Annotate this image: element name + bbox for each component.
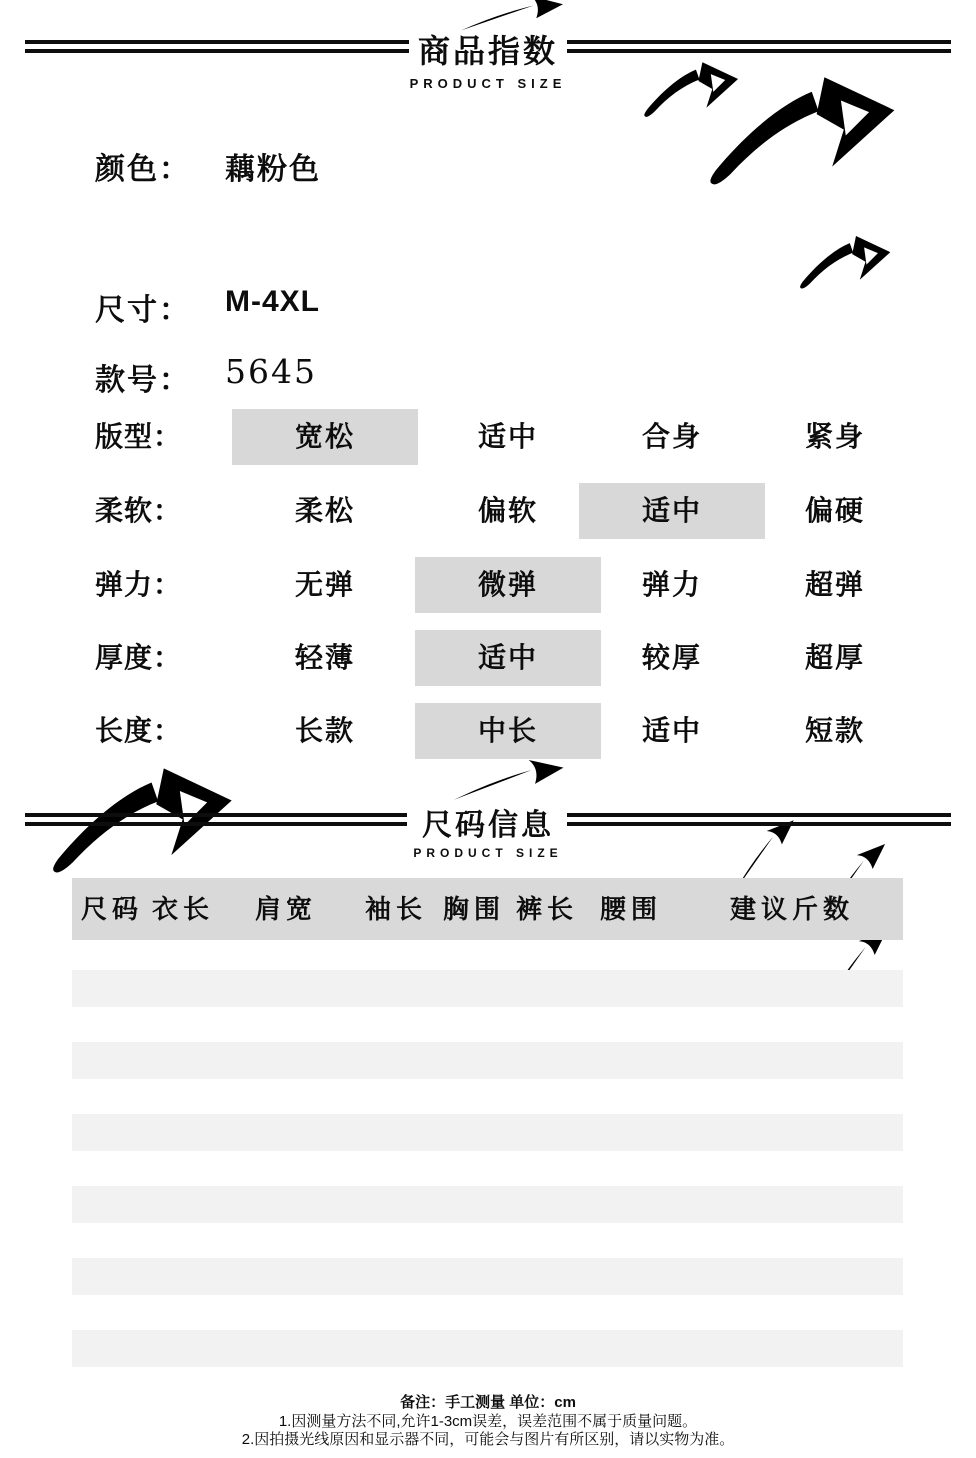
table-row	[72, 1186, 903, 1223]
size-table-header: 尺码 衣长 肩宽 袖长 胸围 裤长 腰围 建议斤数	[72, 878, 903, 940]
attribute-option: 适中	[579, 483, 765, 539]
note-remark: 备注：手工测量 单位：cm	[0, 1394, 976, 1412]
attribute-option: 短款	[742, 703, 928, 759]
attribute-label: 柔软：	[95, 483, 182, 539]
section-subtitle-product-size: PRODUCT SIZE	[0, 846, 976, 860]
attribute-row-thickness: 厚度： 轻薄 适中 较厚 超厚	[0, 630, 976, 686]
attribute-option: 宽松	[232, 409, 418, 465]
attribute-row-fit: 版型： 宽松 适中 合身 紧身	[0, 409, 976, 465]
table-row	[72, 1114, 903, 1151]
column-header: 裤长	[516, 878, 578, 940]
attribute-option: 长款	[232, 703, 418, 759]
section-title-size-info: 尺码信息	[0, 800, 976, 844]
column-header: 尺码	[81, 878, 143, 940]
table-row	[72, 1042, 903, 1079]
style-number-label: 款号：	[95, 355, 191, 399]
color-label: 颜色：	[95, 144, 191, 188]
attribute-row-elasticity: 弹力： 无弹 微弹 弹力 超弹	[0, 557, 976, 613]
attribute-option: 柔松	[232, 483, 418, 539]
table-row	[72, 1258, 903, 1295]
table-row	[72, 1330, 903, 1367]
section-title-product-index: 商品指数	[0, 26, 976, 72]
attribute-option: 偏硬	[742, 483, 928, 539]
section-subtitle-product-size: PRODUCT SIZE	[0, 76, 976, 91]
attribute-option: 超厚	[742, 630, 928, 686]
attribute-option: 中长	[415, 703, 601, 759]
attribute-option: 偏软	[415, 483, 601, 539]
style-number-value: 5645	[225, 352, 317, 391]
column-header: 衣长	[152, 878, 214, 940]
attribute-row-length: 长度： 长款 中长 适中 短款	[0, 703, 976, 759]
attribute-option: 弹力	[579, 557, 765, 613]
sketch-arrow-icon	[796, 220, 896, 292]
attribute-label: 版型：	[95, 409, 182, 465]
attribute-option: 超弹	[742, 557, 928, 613]
column-header: 袖长	[365, 878, 427, 940]
product-size-page: 商品指数 PRODUCT SIZE 颜色： 藕粉色 尺寸： M-4XL 款号： …	[0, 0, 976, 1458]
fishbone-arrow-icon	[446, 752, 572, 807]
column-header: 腰围	[600, 878, 662, 940]
attribute-option: 轻薄	[232, 630, 418, 686]
attribute-option: 适中	[415, 630, 601, 686]
attribute-option: 合身	[579, 409, 765, 465]
attribute-label: 弹力：	[95, 557, 182, 613]
attribute-label: 长度：	[95, 703, 182, 759]
attribute-option: 适中	[415, 409, 601, 465]
note-line-1: 1.因测量方法不同,允许1-3cm误差，误差范围不属于质量问题。	[0, 1413, 976, 1431]
note-line-2: 2.因拍摄光线原因和显示器不同，可能会与图片有所区别，请以实物为准。	[0, 1431, 976, 1449]
attribute-label: 厚度：	[95, 630, 182, 686]
attribute-option: 较厚	[579, 630, 765, 686]
attribute-option: 微弹	[415, 557, 601, 613]
size-label: 尺寸：	[95, 285, 191, 329]
color-value: 藕粉色	[225, 144, 321, 188]
size-value: M-4XL	[225, 285, 320, 319]
column-header: 肩宽	[255, 878, 317, 940]
table-row	[72, 970, 903, 1007]
attribute-option: 紧身	[742, 409, 928, 465]
attribute-option: 适中	[579, 703, 765, 759]
column-header: 建议斤数	[730, 878, 854, 940]
attribute-row-softness: 柔软： 柔松 偏软 适中 偏硬	[0, 483, 976, 539]
column-header: 胸围	[443, 878, 505, 940]
attribute-option: 无弹	[232, 557, 418, 613]
